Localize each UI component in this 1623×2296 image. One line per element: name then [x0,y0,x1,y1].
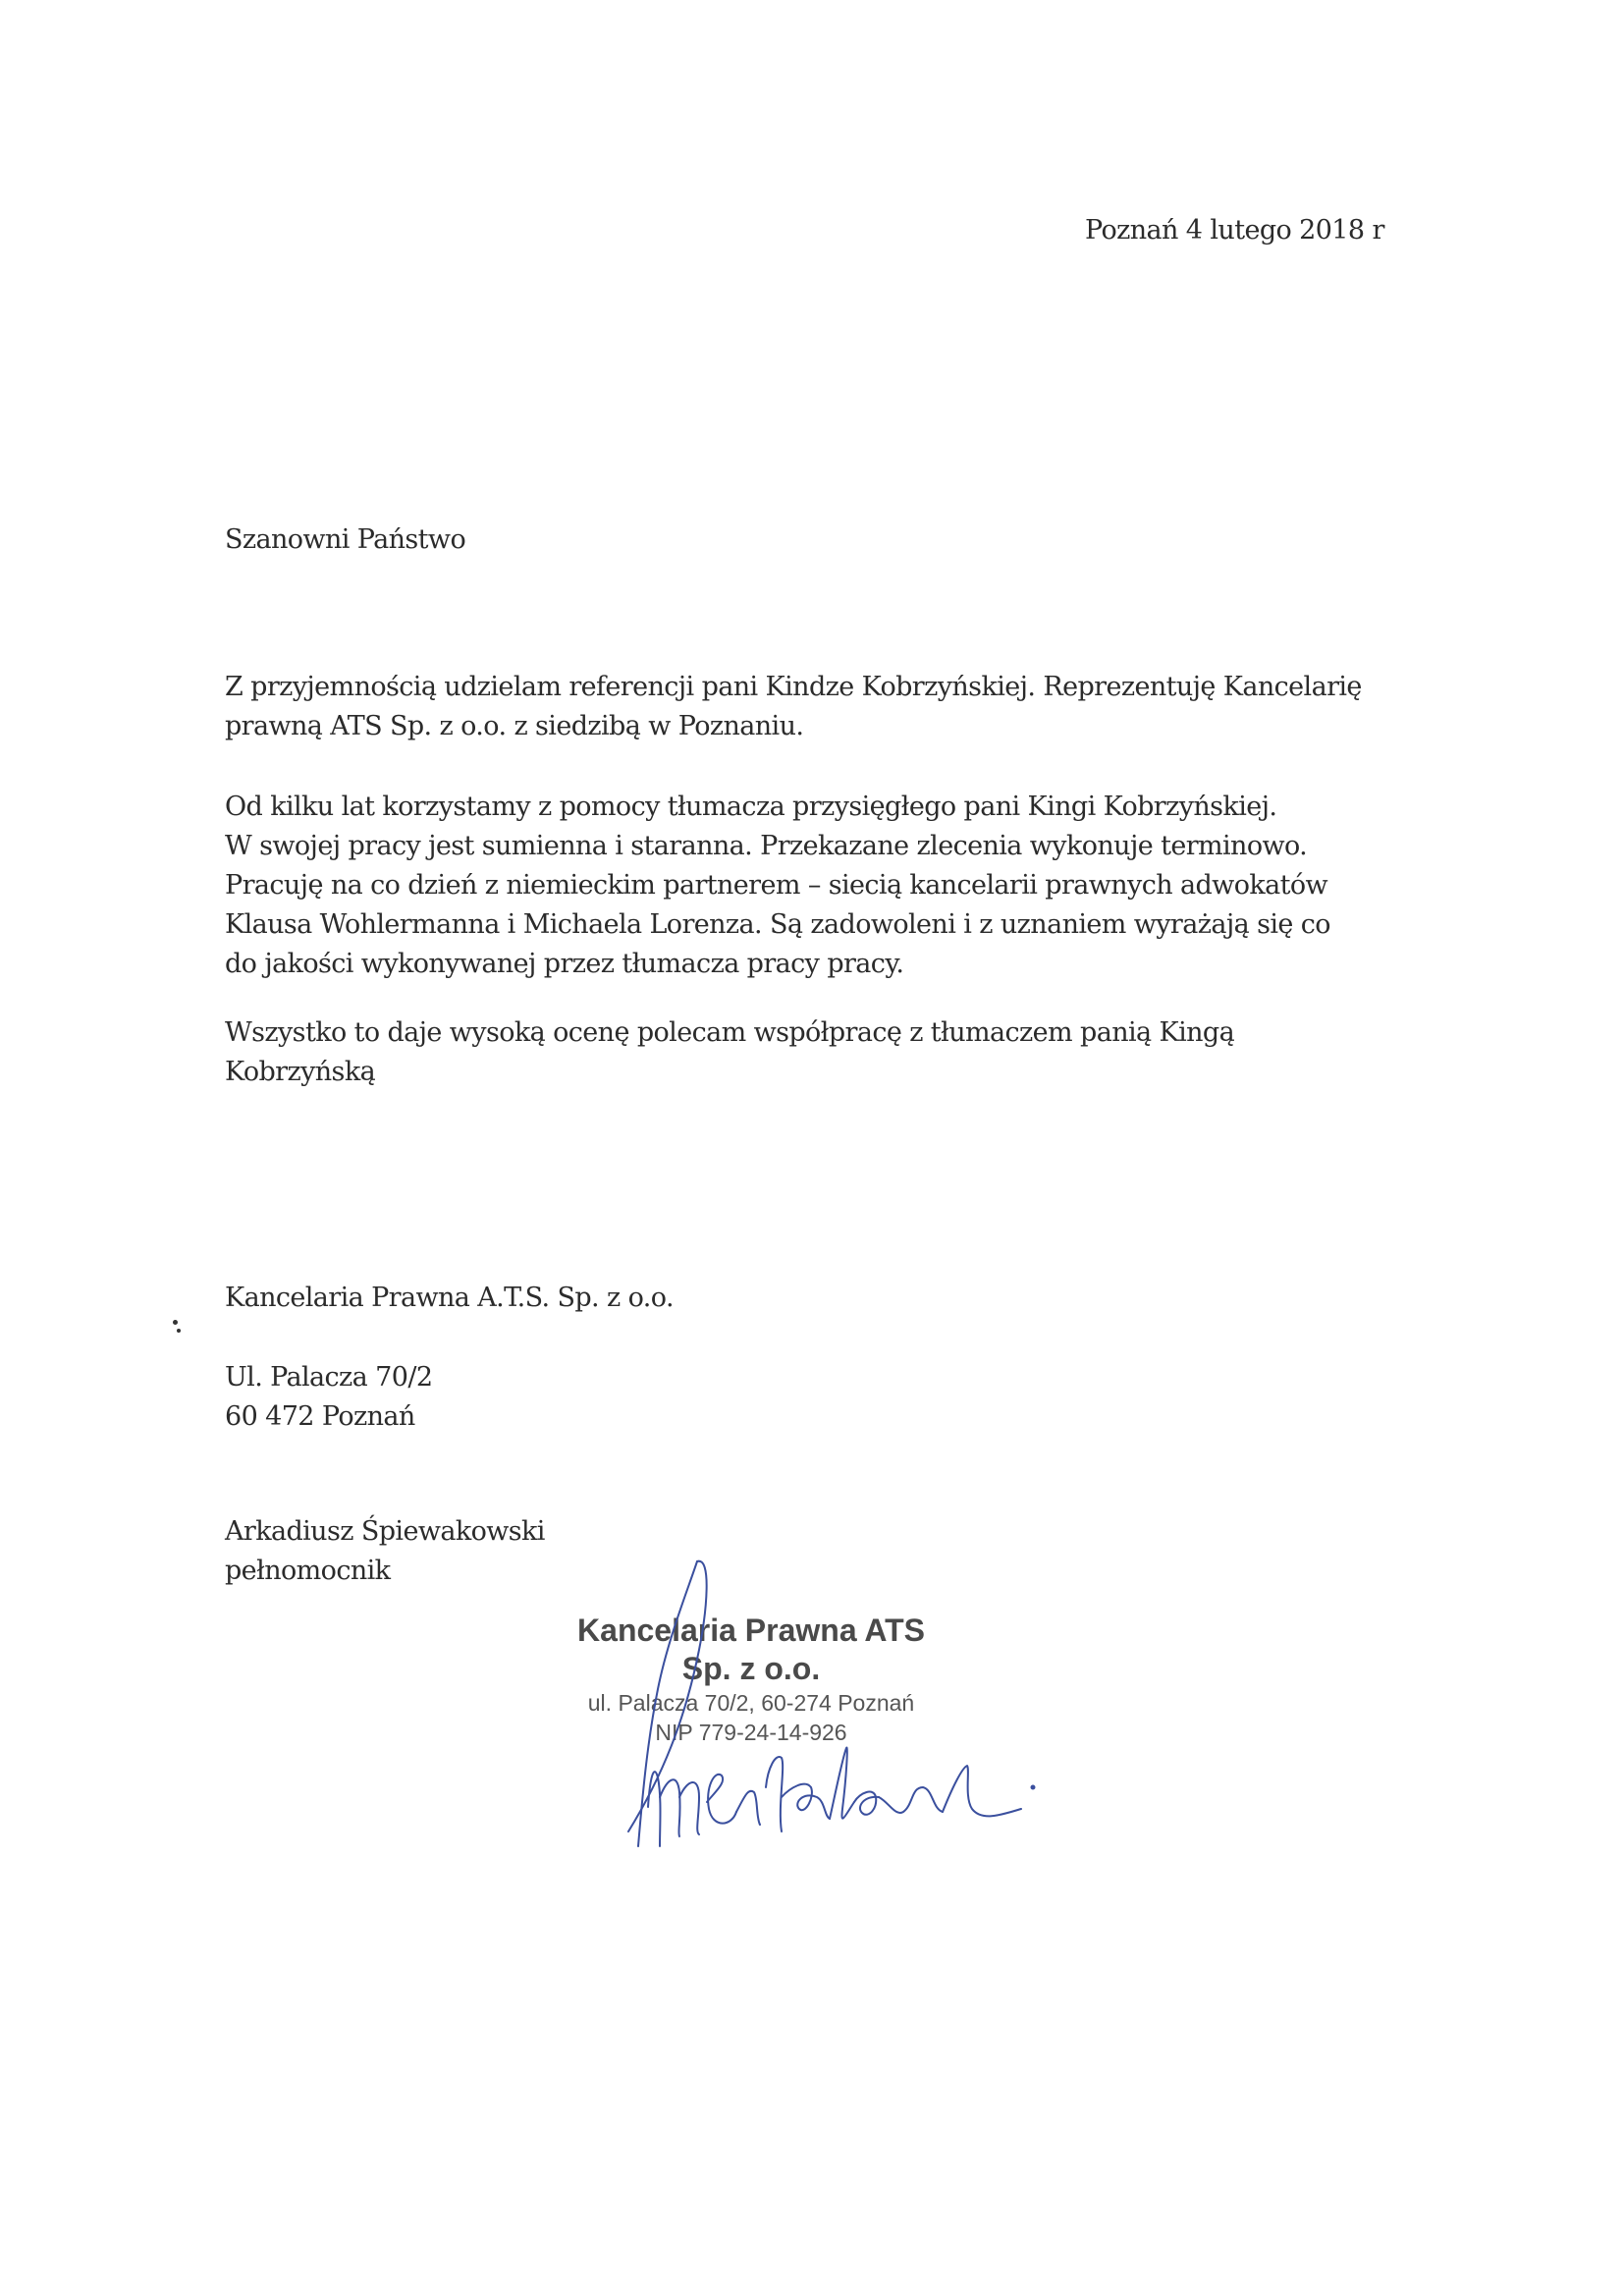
paragraph-1: Z przyjemnością udzielam referencji pani… [225,668,1362,746]
address-city: 60 472 Poznań [225,1397,432,1437]
signer-role: pełnomocnik [225,1552,545,1591]
address-street: Ul. Palacza 70/2 [225,1358,432,1397]
paragraph-line: Pracuję na co dzień z niemieckim partner… [225,866,1330,905]
company-address: Ul. Palacza 70/2 60 472 Poznań [225,1358,432,1437]
paragraph-line: Kobrzyńską [225,1053,1234,1092]
handwritten-signature [589,1552,1060,1886]
paragraph-3: Wszystko to daje wysoką ocenę polecam ws… [225,1013,1234,1092]
paragraph-2: Od kilku lat korzystamy z pomocy tłumacz… [225,788,1330,984]
company-name: Kancelaria Prawna A.T.S. Sp. z o.o. [225,1279,674,1318]
paragraph-line: Z przyjemnością udzielam referencji pani… [225,668,1362,707]
paragraph-line: Wszystko to daje wysoką ocenę polecam ws… [225,1013,1234,1053]
paragraph-line: W swojej pracy jest sumienna i staranna.… [225,827,1330,866]
paragraph-line: Od kilku lat korzystamy z pomocy tłumacz… [225,788,1330,827]
scan-speck [177,1329,181,1333]
salutation: Szanowni Państwo [225,520,465,560]
signer-name: Arkadiusz Śpiewakowski [225,1512,545,1552]
paragraph-line: Klausa Wohlermanna i Michaela Lorenza. S… [225,905,1330,945]
signer-block: Arkadiusz Śpiewakowski pełnomocnik [225,1512,545,1591]
letter-date: Poznań 4 lutego 2018 r [1085,211,1384,250]
paragraph-line: prawną ATS Sp. z o.o. z siedzibą w Pozna… [225,707,1362,746]
paragraph-line: do jakości wykonywanej przez tłumacza pr… [225,945,1330,984]
scan-speck [173,1320,178,1325]
